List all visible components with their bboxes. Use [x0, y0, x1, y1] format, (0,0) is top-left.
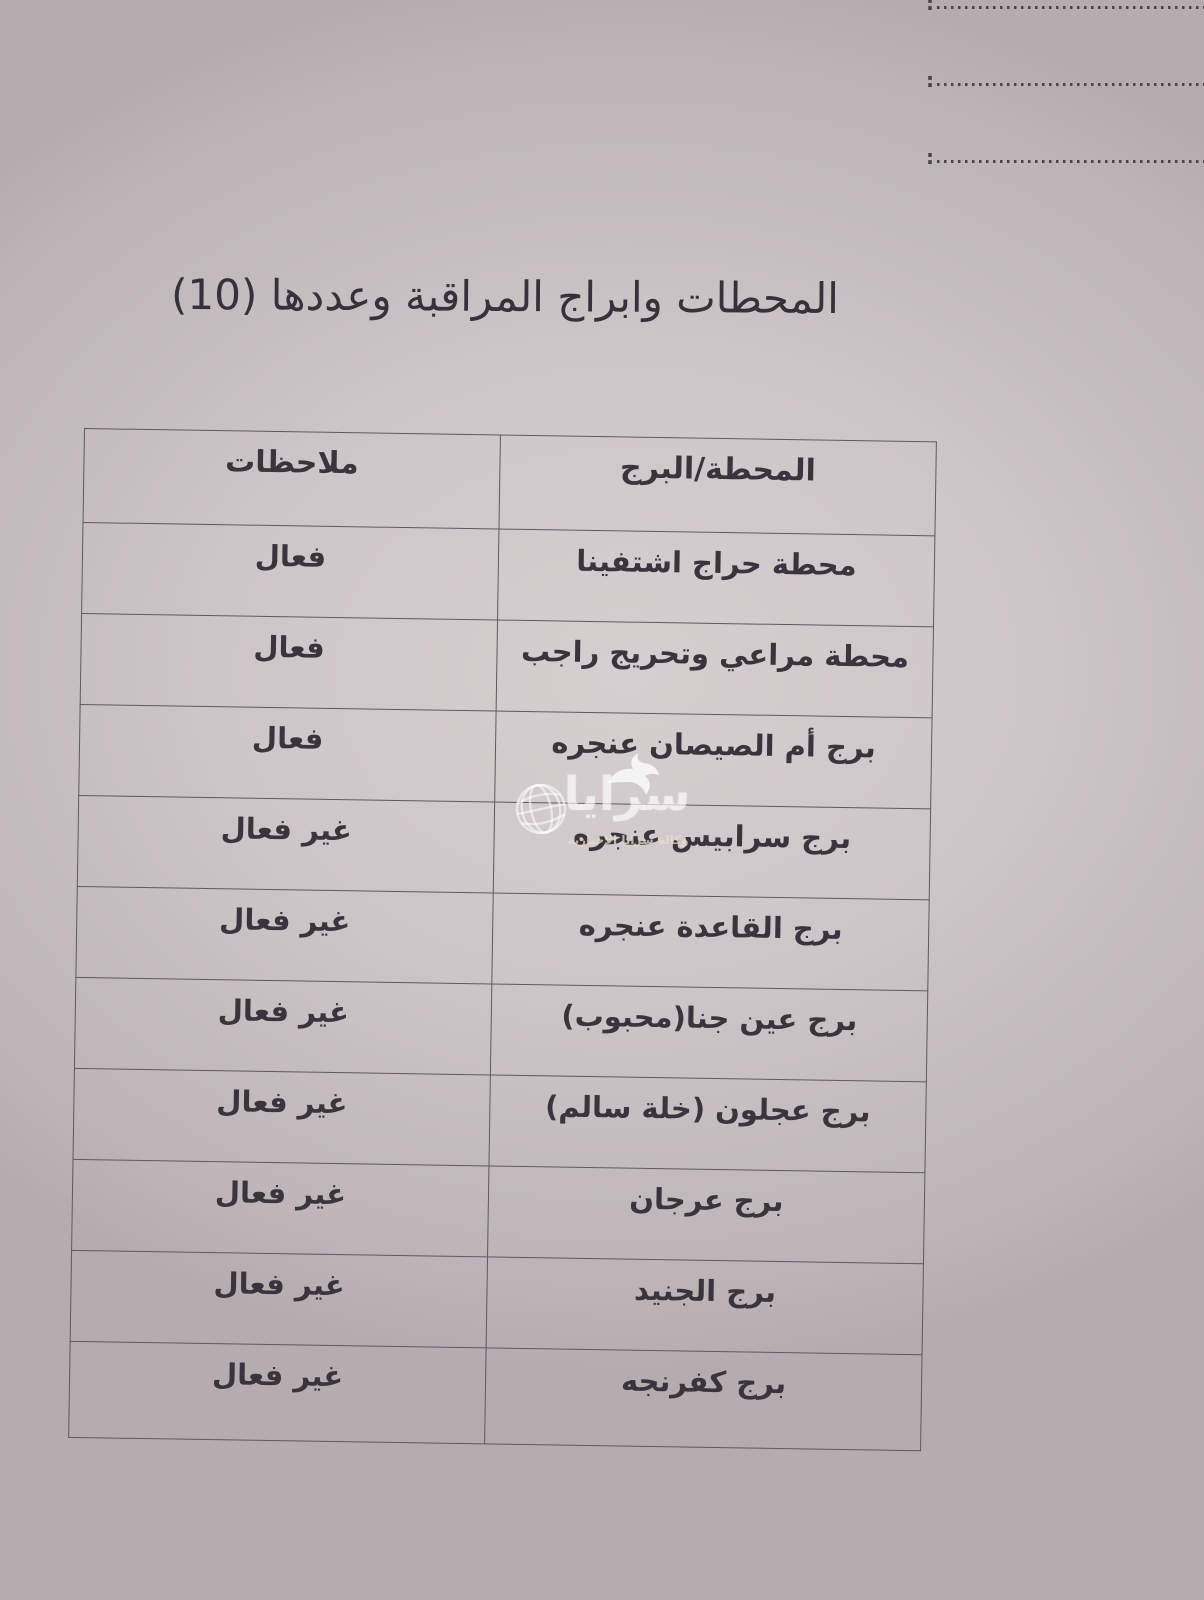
station-cell: برج القاعدة عنجره [492, 893, 929, 991]
dotted-leader [937, 160, 1204, 163]
colon-marker: : [926, 150, 934, 164]
station-cell: محطة مراعي وتحريج راجب [496, 620, 933, 718]
table-row: برج القاعدة عنجره غير فعال [76, 886, 929, 990]
dotted-leader [937, 83, 1204, 86]
table-row: برج الجنيد غير فعال [70, 1250, 923, 1354]
field-line: : [926, 0, 1204, 10]
station-cell: برج الجنيد [486, 1257, 923, 1355]
notes-cell: فعال [79, 704, 496, 802]
scanned-document-page: : : : المحطات وابراج المراقبة وعددها (10… [0, 0, 1204, 1600]
table-header-station: المحطة/البرج [499, 435, 936, 536]
notes-cell: غير فعال [76, 886, 493, 984]
table-row: محطة حراج اشتفينا فعال [82, 522, 935, 626]
colon-marker: : [926, 73, 934, 87]
station-cell: برج عين جنا(محبوب) [490, 984, 927, 1082]
page-title: المحطات وابراج المراقبة وعددها (10) [80, 269, 930, 323]
notes-cell: فعال [82, 522, 499, 620]
colon-marker: : [926, 0, 934, 10]
station-cell: برج سرابيس عنجره [493, 802, 930, 900]
dotted-leader [937, 6, 1204, 9]
field-line: : [926, 73, 1204, 87]
table-row: برج أم الصيصان عنجره فعال [79, 704, 932, 808]
table-header-notes: ملاحظات [83, 429, 500, 530]
station-cell: برج كفرنجه [485, 1348, 922, 1451]
station-cell: محطة حراج اشتفينا [498, 529, 935, 627]
notes-cell: غير فعال [73, 1068, 490, 1166]
field-line: : [926, 150, 1204, 164]
table-row: محطة مراعي وتحريج راجب فعال [80, 613, 933, 717]
stations-table-wrapper: المحطة/البرج ملاحظات محطة حراج اشتفينا ف… [68, 428, 936, 1451]
station-cell: برج عجلون (خلة سالم) [489, 1075, 926, 1173]
table-row: برج عجلون (خلة سالم) غير فعال [73, 1068, 926, 1172]
notes-cell: غير فعال [69, 1341, 486, 1444]
station-cell: برج عرجان [488, 1166, 925, 1264]
notes-cell: فعال [80, 613, 497, 711]
notes-cell: غير فعال [70, 1250, 487, 1348]
notes-cell: غير فعال [77, 795, 494, 893]
table-row: برج كفرنجه غير فعال [69, 1341, 922, 1450]
table-row: برج عين جنا(محبوب) غير فعال [74, 977, 927, 1081]
notes-cell: غير فعال [72, 1159, 489, 1257]
stations-table: المحطة/البرج ملاحظات محطة حراج اشتفينا ف… [68, 428, 937, 1451]
table-header-row: المحطة/البرج ملاحظات [83, 429, 936, 536]
table-row: برج عرجان غير فعال [72, 1159, 925, 1263]
notes-cell: غير فعال [74, 977, 491, 1075]
table-row: برج سرابيس عنجره غير فعال [77, 795, 930, 899]
station-cell: برج أم الصيصان عنجره [495, 711, 932, 809]
